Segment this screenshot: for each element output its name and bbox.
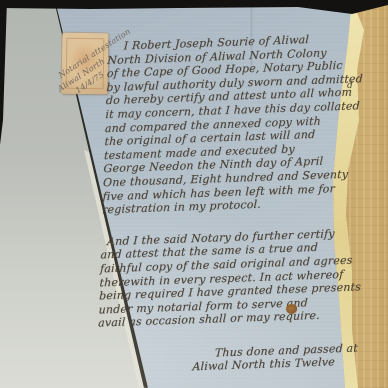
- manuscript-text: I Robert Joseph Sourie of Aliwal North D…: [96, 31, 358, 377]
- certification-paragraph: And I the said Notary do further certify…: [98, 226, 351, 330]
- photo-of-document: Notarial attestation Aliwal North 14/4/7…: [0, 0, 388, 388]
- attestation-paragraph: I Robert Joseph Sourie of Aliwal North D…: [102, 31, 358, 217]
- margin-superscript: d: [347, 81, 353, 91]
